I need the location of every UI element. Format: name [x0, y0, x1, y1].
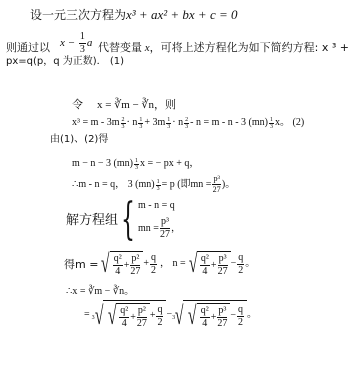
x-result-line: ∴x = ∛m − ∛n。 — [66, 287, 134, 297]
cubic-equation: x³ + ax² + bx + c = 0 — [126, 7, 237, 22]
substitution-expression: x − 13a — [60, 32, 92, 55]
intro-text: 设一元三次方程为 — [30, 8, 126, 22]
system-eq2: mn =p³27， — [138, 217, 181, 240]
substitution-line: 则通过以 — [6, 42, 50, 54]
intro-line: 设一元三次方程为x³ + ax² + bx + c = 0 — [30, 8, 237, 21]
cube-expansion-line: x³ = m - 3m23· n13+ 3m13· n23- n = m - n… — [72, 117, 304, 130]
one-third-fraction: 13 — [79, 32, 86, 55]
let-expression: x = ∛m − ∛n，则 — [97, 99, 176, 111]
brace-icon: { — [121, 198, 135, 242]
combined-equation-line: m − n − 3 (mn)13x = − px + q， — [72, 158, 199, 171]
therefore-line: ∴m - n = q， 3 (mn)13= p (即mn =p³27)。 — [72, 175, 235, 194]
system-eq1: m - n = q — [138, 201, 181, 211]
substitution-prefix: 则通过以 — [6, 41, 50, 54]
let-line: 令x = ∛m − ∛n，则 — [72, 99, 176, 111]
system-label: 解方程组 — [66, 214, 118, 227]
equation-system: 解方程组 { m - n = q mn =p³27， — [66, 198, 181, 242]
solution-m-n: 得m = √ q²4+p²27 +q2， n = √ q²4+p³27 −q2。 — [64, 251, 255, 277]
cardano-formula: = 3√ √ q²4+p²27 +q2 − 3√ √ q²4+p³27 −q2 … — [84, 300, 257, 329]
substitution-suffix: 代替变量 x，可将上述方程化为如下简约方程: x ³ + — [98, 42, 349, 54]
reduced-equation-line: px=q(p，q 为正数)． (1) — [6, 57, 124, 67]
from-equations-line: 由(1)、(2)得 — [50, 135, 108, 145]
